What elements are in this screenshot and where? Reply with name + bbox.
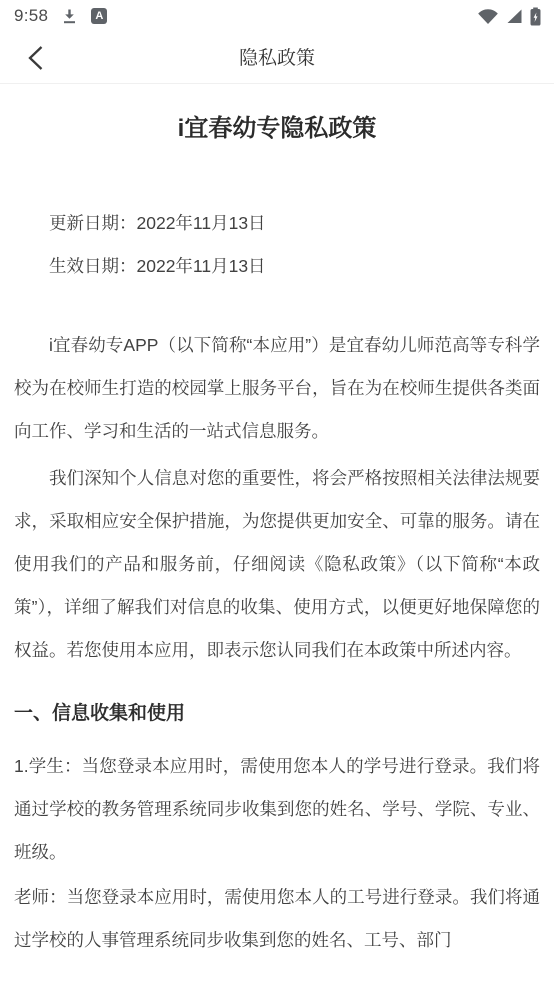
section-paragraph: 1.学生：当您登录本应用时，需使用您本人的学号进行登录。我们将通过学校的教务管理…: [14, 745, 540, 874]
effective-date: 生效日期：2022年11月13日: [14, 245, 540, 288]
intro-paragraph: 我们深知个人信息对您的重要性，将会严格按照相关法律法规要求，采取相应安全保护措施…: [14, 457, 540, 672]
back-button[interactable]: [26, 44, 48, 72]
cellular-signal-icon: [506, 8, 523, 24]
policy-content[interactable]: i宜春幼专隐私政策 更新日期：2022年11月13日 生效日期：2022年11月…: [0, 113, 554, 962]
update-date: 更新日期：2022年11月13日: [14, 202, 540, 245]
page-title: 隐私政策: [0, 43, 554, 70]
chevron-left-icon: [26, 44, 46, 72]
nav-bar: 隐私政策: [0, 30, 554, 84]
section-heading: 一、信息收集和使用: [14, 700, 540, 727]
status-time: 9:58: [14, 6, 48, 26]
intro-paragraph: i宜春幼专APP（以下简称“本应用”）是宜春幼儿师范高等专科学校为在校师生打造的…: [14, 324, 540, 453]
letter-a-badge-icon: A: [91, 8, 107, 24]
app-screen: 9:58 A: [0, 0, 554, 984]
download-icon: [61, 8, 78, 25]
status-bar-left: 9:58 A: [14, 6, 107, 26]
status-bar-right: [477, 7, 541, 26]
document-title: i宜春幼专隐私政策: [14, 113, 540, 145]
wifi-icon: [477, 8, 499, 25]
battery-charging-icon: [530, 7, 541, 26]
status-bar: 9:58 A: [0, 0, 554, 30]
section-paragraph: 老师：当您登录本应用时，需使用您本人的工号进行登录。我们将通过学校的人事管理系统…: [14, 876, 540, 962]
